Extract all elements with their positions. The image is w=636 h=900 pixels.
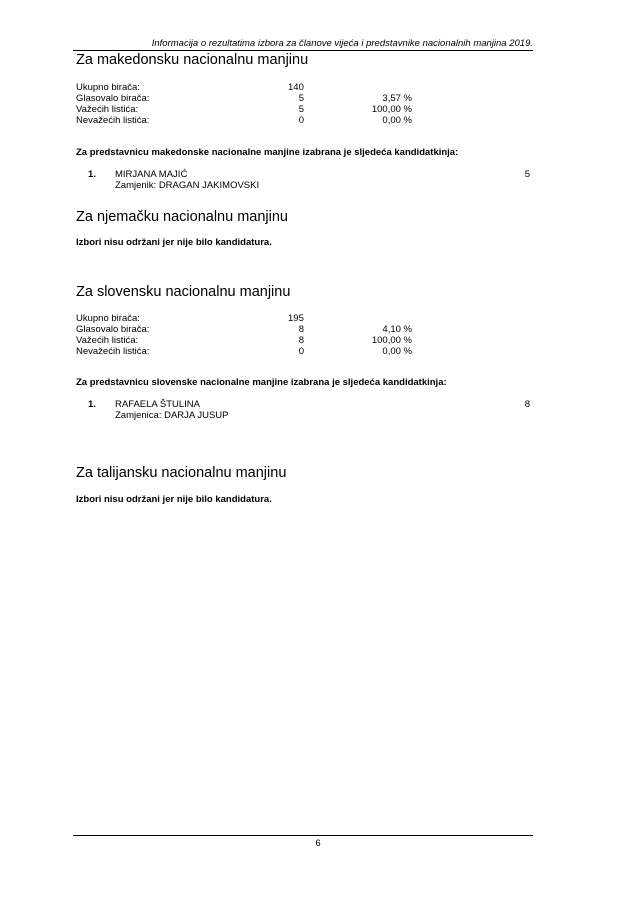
candidate-deputy: Zamjenica: DARJA JUSUP	[115, 410, 229, 421]
stat-value: 5	[299, 93, 304, 104]
document-page: Informacija o rezultatima izbora za član…	[0, 0, 636, 900]
section-title-macedonian: Za makedonsku nacionalnu manjinu	[76, 52, 308, 68]
candidate-votes: 5	[525, 169, 530, 180]
stat-row-invalid-ballots: Nevažećih listića: 0 0,00 %	[76, 115, 476, 127]
stat-label: Važećih listića:	[76, 104, 138, 115]
candidate-votes: 8	[525, 399, 530, 410]
stat-label: Važećih listića:	[76, 335, 138, 346]
stat-value: 195	[288, 313, 304, 324]
stat-row-invalid-ballots: Nevažećih listića: 0 0,00 %	[76, 346, 476, 358]
stat-value: 0	[299, 115, 304, 126]
candidate-name: RAFAELA ŠTULINA	[115, 399, 200, 410]
stat-value: 8	[299, 335, 304, 346]
stat-percent: 100,00 %	[372, 335, 412, 346]
section-title-italian: Za talijansku nacionalnu manjinu	[76, 465, 286, 481]
stat-label: Ukupno birača:	[76, 313, 140, 324]
no-election-note: Izbori nisu održani jer nije bilo kandid…	[76, 237, 272, 248]
header-rule	[73, 50, 533, 51]
stat-label: Nevažećih listića:	[76, 346, 149, 357]
stat-value: 8	[299, 324, 304, 335]
stat-percent: 3,57 %	[382, 93, 412, 104]
stat-label: Nevažećih listića:	[76, 115, 149, 126]
section-title-german: Za njemačku nacionalnu manjinu	[76, 209, 288, 225]
stat-value: 5	[299, 104, 304, 115]
election-result-intro: Za predstavnicu slovenske nacionalne man…	[76, 377, 447, 388]
section-title-slovenian: Za slovensku nacionalnu manjinu	[76, 284, 290, 300]
election-result-intro: Za predstavnicu makedonske nacionalne ma…	[76, 147, 458, 158]
candidate-number: 1.	[88, 399, 96, 410]
candidate-number: 1.	[88, 169, 96, 180]
no-election-note: Izbori nisu održani jer nije bilo kandid…	[76, 494, 272, 505]
stat-value: 0	[299, 346, 304, 357]
candidate-name: MIRJANA MAJIĆ	[115, 169, 187, 180]
stat-percent: 0,00 %	[382, 346, 412, 357]
stat-value: 140	[288, 82, 304, 93]
stat-percent: 0,00 %	[382, 115, 412, 126]
footer-rule	[73, 835, 533, 836]
running-header: Informacija o rezultatima izbora za član…	[73, 38, 533, 49]
stat-percent: 4,10 %	[382, 324, 412, 335]
candidate-deputy: Zamjenik: DRAGAN JAKIMOVSKI	[115, 180, 259, 191]
stat-percent: 100,00 %	[372, 104, 412, 115]
stat-label: Glasovalo birača:	[76, 324, 149, 335]
stat-label: Ukupno birača:	[76, 82, 140, 93]
page-number: 6	[0, 838, 636, 849]
stat-label: Glasovalo birača:	[76, 93, 149, 104]
